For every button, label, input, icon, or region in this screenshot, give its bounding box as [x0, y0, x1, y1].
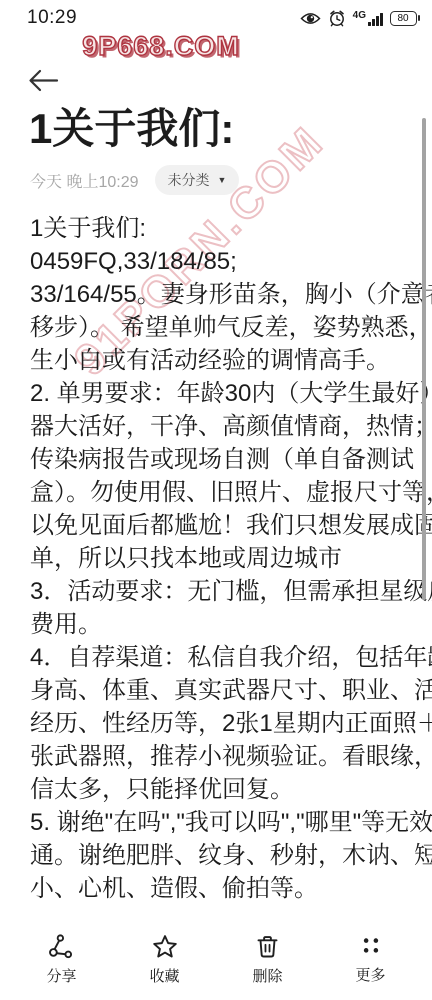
- battery-percent: 80: [390, 11, 417, 26]
- note-body[interactable]: 1关于我们:0459FQ,33/184/85;33/164/55。妻身形苗条，胸…: [30, 212, 410, 905]
- note-body-line: 小、心机、造假、偷拍等。: [30, 872, 410, 905]
- share-icon: [48, 933, 75, 960]
- note-title[interactable]: 1关于我们:: [29, 101, 234, 157]
- note-body-line: 单，所以只找本地或周边城市: [30, 542, 410, 575]
- eye-protection-icon: [300, 11, 321, 26]
- status-time: 10:29: [27, 7, 77, 29]
- more-button[interactable]: 更多: [329, 933, 413, 985]
- note-body-line: 通。谢绝肥胖、纹身、秒射，木讷、短: [30, 839, 410, 872]
- note-body-line: 信太多，只能择优回复。: [30, 773, 410, 806]
- signal-bars-icon: [368, 12, 383, 26]
- note-body-line: 张武器照，推荐小视频验证。看眼缘，私: [30, 740, 410, 773]
- favorite-button[interactable]: 收藏: [123, 933, 207, 986]
- note-body-line: 3．活动要求：无门槛，但需承担星级房间: [30, 575, 410, 608]
- star-icon: [151, 933, 179, 960]
- note-body-line: 生小白或有活动经验的调情高手。: [30, 344, 410, 377]
- note-meta-row: 今天 晚上10:29 未分类 ▼: [30, 165, 239, 195]
- note-body-line: 1关于我们:: [30, 212, 410, 245]
- site-watermark-top: 9P668.COM: [0, 31, 322, 62]
- notes-app-screen: 10:29 4G: [0, 0, 432, 1000]
- note-body-line: 2. 单男要求：年龄30内（大学生最好），: [30, 377, 410, 410]
- note-body-line: 身高、体重、真实武器尺寸、职业、活动: [30, 674, 410, 707]
- note-body-line: 33/164/55。妻身形苗条，胸小（介意者: [30, 278, 410, 311]
- bottom-toolbar: 分享 收藏 删除: [0, 918, 432, 1000]
- trash-icon: [254, 933, 281, 960]
- note-body-line: 0459FQ,33/184/85;: [30, 245, 410, 278]
- more-icon: [358, 933, 384, 959]
- note-body-line: 器大活好，干净、高颜值情商，热情；有: [30, 410, 410, 443]
- chevron-down-icon: ▼: [218, 175, 227, 185]
- note-body-line: 4．自荐渠道：私信自我介绍，包括年龄、: [30, 641, 410, 674]
- back-button[interactable]: [25, 64, 65, 100]
- status-bar: 10:29 4G: [0, 0, 432, 34]
- note-body-line: 5. 谢绝"在吗","我可以吗","哪里"等无效沟: [30, 806, 410, 839]
- network-type-label: 4G: [353, 11, 366, 21]
- category-label: 未分类: [168, 170, 210, 190]
- note-body-line: 费用。: [30, 608, 410, 641]
- category-selector[interactable]: 未分类 ▼: [155, 165, 240, 195]
- delete-label: 删除: [252, 965, 282, 986]
- battery-icon: 80: [390, 11, 421, 26]
- scrollbar[interactable]: [422, 118, 426, 600]
- network-signal-indicator: 4G: [353, 11, 383, 26]
- note-body-line: 盒）。勿使用假、旧照片、虚报尺寸等，: [30, 476, 410, 509]
- note-body-line: 经历、性经历等，2张1星期内正面照＋1: [30, 707, 410, 740]
- favorite-label: 收藏: [149, 965, 179, 986]
- share-label: 分享: [46, 965, 76, 986]
- note-timestamp: 今天 晚上10:29: [30, 169, 139, 192]
- note-body-line: 传染病报告或现场自测（单自备测试: [30, 443, 410, 476]
- share-button[interactable]: 分享: [20, 933, 104, 986]
- note-body-line: 移步）。 希望单帅气反差，姿势熟悉，学: [30, 311, 410, 344]
- note-body-line: 以免见面后都尴尬！我们只想发展成固定: [30, 509, 410, 542]
- status-icons: 4G 80: [300, 9, 420, 27]
- more-label: 更多: [355, 964, 385, 985]
- delete-button[interactable]: 删除: [226, 933, 310, 986]
- alarm-clock-icon: [328, 9, 346, 27]
